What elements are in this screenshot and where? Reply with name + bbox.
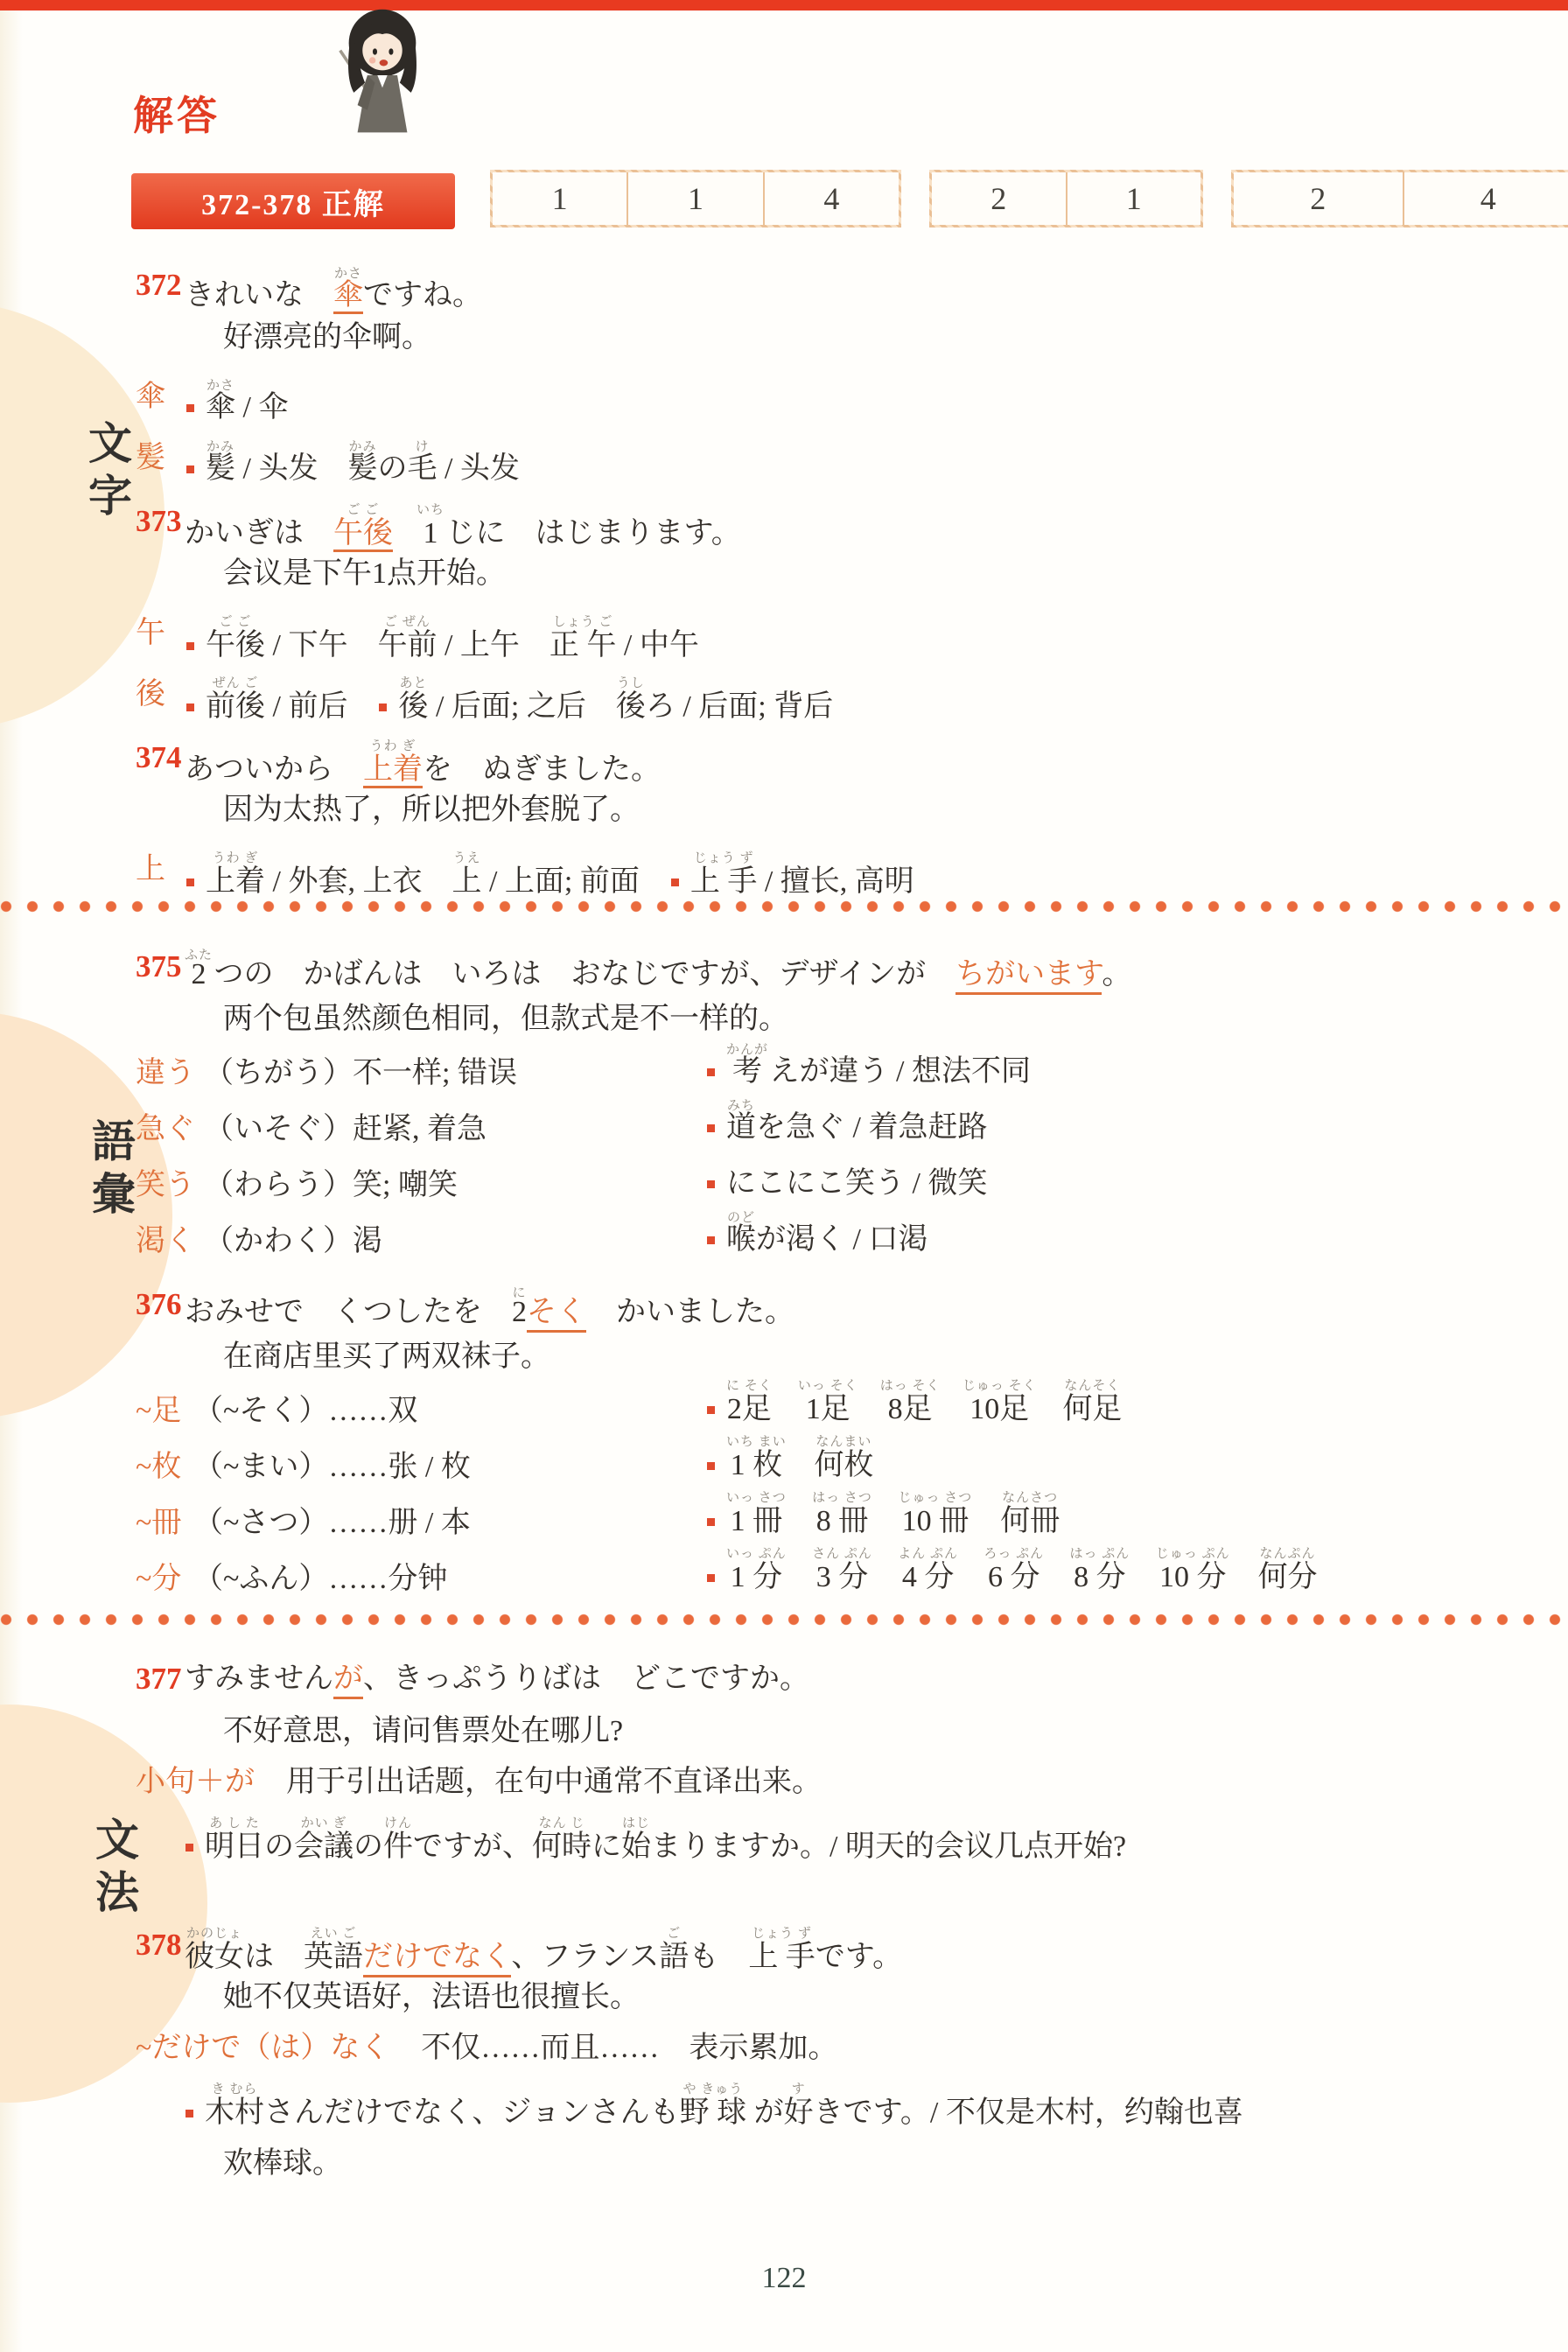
bullet-dot — [707, 1462, 715, 1470]
translation-text: 因为太热了，所以把外套脱了。 — [136, 780, 1568, 830]
vocab-keyword: 笑う — [136, 1167, 195, 1207]
grammar-row: ~だけで（は）なく不仅……而且…… 表示累加。 — [136, 2018, 1568, 2074]
vocab-reading-meaning: （わらう）笑; 嘲笑 — [204, 1167, 458, 1207]
text-run — [871, 1561, 900, 1593]
furigana: しょう ご — [549, 615, 616, 629]
text-run: の — [353, 1830, 383, 1863]
ruby-word: 10 冊じゅっ さつ — [900, 1505, 971, 1537]
furigana: じゅっ さつ — [899, 1491, 973, 1505]
bullet-dot — [707, 1068, 715, 1076]
ruby-word: 4 分よん ぷん — [900, 1561, 956, 1593]
bullet-dot — [186, 465, 194, 473]
question-number: 372 — [136, 267, 185, 307]
furigana: に — [512, 1286, 527, 1300]
question-row: 377すみませんが、きっぷうりばは どこですか。 — [136, 1638, 1568, 1701]
ruby-word: 明日あ し た — [205, 1830, 264, 1863]
translation-text: 不好意思，请问售票处在哪儿? — [136, 1701, 1568, 1752]
bullet-dot — [186, 404, 194, 412]
text-run: が渇く / 口渇 — [756, 1223, 927, 1256]
grammar-pattern: 小句＋が — [136, 1764, 255, 1808]
text-run: おみせで くつしたを — [185, 1296, 512, 1328]
vocab-keyword: ~枚 — [136, 1449, 185, 1489]
grammar-pattern: ~だけで（は）なく — [136, 2030, 389, 2074]
furigana: かい ぎ — [294, 1816, 353, 1830]
answer-box-group: 24 — [1231, 170, 1568, 227]
vocab-row: ~分（~ふん）……分钟1 分いっ ぷん 3 分さん ぷん 4 分よん ぷん 6 … — [136, 1545, 1568, 1601]
rich-text: 1 分いっ ぷん 3 分さん ぷん 4 分よん ぷん 6 分ろっ ぷん 8 分は… — [705, 1547, 1318, 1596]
answer-cell: 2 — [1234, 172, 1404, 225]
furigana: かみ — [347, 440, 377, 454]
text-run: さんだけでなく、ジョンさんも — [264, 2096, 680, 2129]
text-run — [1228, 1561, 1258, 1593]
section-bunpo: 377すみませんが、きっぷうりばは どこですか。不好意思，请问售票处在哪儿?小句… — [136, 1638, 1568, 2186]
furigana: のど — [726, 1211, 756, 1225]
question-number: 377 — [136, 1661, 185, 1701]
answer-cell: 1 — [493, 172, 628, 225]
text-run: 用于引出话题，在句中通常不直译出来。 — [286, 1766, 822, 1798]
text-run: すみません — [185, 1662, 333, 1695]
translation-text: 两个包虽然颜色相同，但款式是不一样的。 — [136, 989, 1568, 1039]
ruby-word: 始はじ — [621, 1830, 651, 1863]
text-run — [784, 1505, 814, 1537]
translation-text: 好漂亮的伞啊。 — [136, 307, 1568, 358]
ruby-word: 考かんが — [726, 1055, 762, 1088]
furigana: はっ ぷん — [1070, 1547, 1130, 1561]
ruby-word: 2ふた — [185, 958, 206, 990]
dotted-separator — [0, 899, 1568, 913]
text-run — [970, 1505, 1000, 1537]
bullet-dot — [186, 642, 194, 650]
vocab-row: 違う（ちがう）不一样; 错误考かんが えが違う / 想法不同 — [136, 1039, 1568, 1095]
ruby-word: 道みち — [726, 1111, 756, 1144]
vocab-row: ~足（~そく）……双2足に そく 1足いっ そく 8足はっ そく 10足じゅっ … — [136, 1377, 1568, 1433]
section-goi: 3752ふた つの かばんは いろは おなじですが、デザインが ちがいます。两个… — [136, 926, 1568, 1601]
answer-box-group: 21 — [929, 170, 1203, 227]
text-run: を急ぐ / 着急赶路 — [756, 1111, 987, 1144]
text-run: きです。/ 不仅是木村，约翰也喜 — [814, 2096, 1243, 2129]
sidebar-tab-moji: 文字 — [75, 420, 138, 525]
text-run: / 上面; 前面 — [481, 865, 668, 898]
vocab-reading-meaning: （ちがう）不一样; 错误 — [204, 1055, 517, 1095]
vocab-row: ~枚（~まい）……张 / 枚1 枚いち まい 何枚なんまい — [136, 1433, 1568, 1489]
rich-text: すみませんが、きっぷうりばは どこですか。 — [185, 1661, 809, 1701]
answer-key-badge: 372-378 正解 — [131, 173, 455, 229]
furigana: ご — [659, 1927, 689, 1941]
furigana: いっ そく — [798, 1379, 858, 1393]
furigana: す — [784, 2082, 814, 2096]
furigana: ぜん ご — [206, 676, 265, 690]
answer-cell: 1 — [628, 172, 764, 225]
furigana: ろっ ぷん — [983, 1547, 1044, 1561]
text-run — [956, 1561, 986, 1593]
vocab-reading-meaning: （~さつ）……册 / 本 — [193, 1505, 471, 1545]
text-run: 不仅……而且…… 表示累加。 — [421, 2032, 837, 2064]
text-run: つの かばんは いろは おなじですが、デザインが — [206, 958, 955, 990]
dotted-separator — [0, 1613, 1568, 1627]
text-run — [936, 1393, 966, 1425]
rich-text: 明日あ し たの会議かい ぎの件けんですが、何時なん じに始はじまりますか。/ … — [184, 1830, 1126, 1863]
furigana: じょう ず — [748, 1927, 815, 1941]
grammar-row: 小句＋が用于引出话题，在句中通常不直译出来。 — [136, 1752, 1568, 1808]
answer-boxes-row: 1142124 — [490, 170, 1568, 231]
vocab-reading-meaning: （~そく）……双 — [193, 1393, 417, 1433]
furigana: けん — [383, 1816, 413, 1830]
translation-text: 在商店里买了两双袜子。 — [136, 1326, 1568, 1377]
rich-text: 髪かみ / 头发 髪かみの毛け / 头发 — [185, 440, 520, 480]
furigana: かんが — [726, 1043, 768, 1057]
vocab-keyword: 急ぐ — [136, 1111, 195, 1151]
furigana: や きゅう — [680, 2082, 746, 2096]
ruby-word: 8 冊はっ さつ — [814, 1505, 870, 1537]
furigana: かさ — [333, 267, 363, 281]
ruby-word: 何分なんぷん — [1258, 1561, 1318, 1593]
ruby-word: 何足なんそく — [1062, 1393, 1122, 1425]
bullet-dot — [707, 1406, 715, 1414]
bullet-dot — [707, 1236, 715, 1244]
bullet-dot — [379, 703, 387, 711]
furigana: ご ぜん — [377, 615, 437, 629]
vocab-keyword: ~冊 — [136, 1505, 185, 1545]
answer-cell: 4 — [765, 172, 899, 225]
section-moji: 372きれいな 傘かさですね。好漂亮的伞啊。傘傘かさ / 伞髪髪かみ / 头发 … — [136, 244, 1568, 892]
rich-text: おみせで くつしたを 2にそく かいました。 — [185, 1286, 794, 1326]
ruby-word: 会議かい ぎ — [294, 1830, 353, 1863]
furigana: えい ご — [304, 1927, 363, 1941]
rich-text: かいぎは 午後ご ご 1いち じに はじまります。 — [185, 503, 741, 543]
spacer — [136, 1869, 1568, 1904]
furigana: うわ ぎ — [206, 851, 265, 865]
text-run: 。 — [1102, 958, 1131, 990]
keyword-label: 後 — [136, 676, 185, 717]
furigana: あと — [398, 676, 428, 690]
page-number: 122 — [0, 2262, 1568, 2295]
furigana: き むら — [205, 2082, 264, 2096]
ruby-word: 1足いっ そく — [801, 1393, 854, 1425]
answer-cell: 1 — [1067, 172, 1201, 225]
ruby-word: 件けん — [383, 1830, 413, 1863]
furigana: ふた — [185, 948, 213, 962]
question-number: 374 — [136, 739, 185, 780]
bullet-dot — [707, 1518, 715, 1526]
keyword-label: 上 — [136, 851, 185, 892]
rich-text: にこにこ笑う / 微笑 — [705, 1165, 987, 1202]
furigana: かみ — [206, 440, 235, 454]
ruby-word: 野 球や きゅう — [680, 2096, 747, 2129]
furigana: なん じ — [532, 1816, 591, 1830]
keyword-row: 後前後ぜん ご / 前后 後あと / 后面; 之后 後うしろ / 后面; 背后 — [136, 655, 1568, 717]
furigana: ご ご — [333, 503, 393, 517]
furigana: かさ — [206, 379, 235, 393]
furigana: さん ぷん — [812, 1547, 872, 1561]
ruby-word: 上着うわ ぎ — [206, 865, 265, 898]
furigana: なんまい — [814, 1435, 873, 1449]
question-row: 378彼女かのじょは 英語えい ごだけでなく、フランス語ごも 上 手じょう ずで… — [136, 1904, 1568, 1967]
furigana: じゅっ ぷん — [1156, 1547, 1230, 1561]
furigana: に そく — [726, 1379, 773, 1393]
text-run — [1032, 1393, 1062, 1425]
translation-text: 会议是下午1点开始。 — [136, 543, 1568, 594]
keyword-row: 上上着うわ ぎ / 外套, 上衣 上うえ / 上面; 前面 上 手じょう ず /… — [136, 830, 1568, 892]
teacher-girl-illustration — [320, 5, 444, 145]
ruby-word: 8足はっ そく — [884, 1393, 936, 1425]
furigana: いっ ぷん — [726, 1547, 787, 1561]
answer-cell: 2 — [932, 172, 1067, 225]
vocab-reading-meaning: （かわく）渇 — [204, 1223, 382, 1263]
text-run — [1128, 1561, 1158, 1593]
rich-text: 1 枚いち まい 何枚なんまい — [705, 1435, 873, 1484]
furigana: かのじょ — [185, 1927, 244, 1941]
ruby-word: 何時なん じ — [532, 1830, 591, 1863]
rich-text: 喉のどが渇く / 口渇 — [705, 1211, 927, 1258]
furigana: よん ぷん — [898, 1547, 958, 1561]
text-run: / 擅长, 高明 — [757, 865, 913, 898]
text-run: ですが、 — [413, 1830, 532, 1863]
furigana: いち まい — [726, 1435, 787, 1449]
bullet-dot — [707, 1574, 715, 1582]
example-row: 明日あ し たの会議かい ぎの件けんですが、何時なん じに始はじまりますか。/ … — [136, 1808, 1568, 1869]
ruby-word: 1 冊いっ さつ — [726, 1505, 784, 1537]
page-title: 解答 — [133, 84, 220, 142]
bullet-dot — [186, 878, 194, 886]
vocab-keyword: 違う — [136, 1055, 195, 1095]
bullet-dot — [707, 1124, 715, 1132]
ruby-word: 何冊なんさつ — [1000, 1505, 1060, 1537]
rich-text: 傘かさ / 伞 — [185, 379, 288, 419]
ruby-word: 上うえ — [451, 865, 481, 898]
vocab-reading-meaning: （いそぐ）赶紧, 着急 — [204, 1111, 486, 1151]
ruby-word: 何枚なんまい — [814, 1449, 873, 1481]
text-run: が — [746, 2096, 784, 2129]
ruby-word: 6 分ろっ ぷん — [986, 1561, 1042, 1593]
answer-box-group: 114 — [490, 170, 901, 227]
rich-text: 2足に そく 1足いっ そく 8足はっ そく 10足じゅっ そく 何足なんそく — [705, 1379, 1123, 1428]
vocab-keyword: ~分 — [136, 1561, 185, 1601]
ruby-word: 好す — [784, 2096, 814, 2129]
question-number: 375 — [136, 948, 185, 989]
furigana: みち — [726, 1099, 756, 1113]
translation-text: 她不仅英语好，法语也很擅长。 — [136, 1967, 1568, 2018]
answer-cell: 4 — [1404, 172, 1568, 225]
continuation-text: 欢棒球。 — [136, 2135, 1568, 2186]
furigana: いち — [416, 503, 444, 517]
page-top-red-bar — [0, 0, 1568, 10]
furigana: なんぷん — [1258, 1547, 1318, 1561]
furigana: じゅっ そく — [962, 1379, 1037, 1393]
rich-text: 午後ご ご / 下午 午前ご ぜん / 上午 正 午しょう ご / 中午 — [185, 615, 699, 655]
rich-text: 1 冊いっ さつ 8 冊はっ さつ 10 冊じゅっ さつ 何冊なんさつ — [705, 1491, 1060, 1540]
ruby-word: 2足に そく — [726, 1393, 772, 1425]
ruby-word: 10 分じゅっ ぷん — [1158, 1561, 1228, 1593]
question-row: 373かいぎは 午後ご ご 1いち じに はじまります。 — [136, 480, 1568, 543]
rich-text: 道みちを急ぐ / 着急赶路 — [705, 1099, 987, 1146]
bullet-dot — [185, 1844, 193, 1851]
question-number: 373 — [136, 503, 185, 543]
furigana: け — [407, 440, 437, 454]
vocab-reading-meaning: （~まい）……张 / 枚 — [193, 1449, 471, 1489]
vocab-row: 渇く（かわく）渇喉のどが渇く / 口渇 — [136, 1207, 1568, 1263]
bullet-dot — [186, 703, 194, 711]
question-row: 3752ふた つの かばんは いろは おなじですが、デザインが ちがいます。 — [136, 926, 1568, 989]
bullet-dot — [185, 2110, 193, 2117]
furigana: ご ご — [206, 615, 265, 629]
text-run: の — [264, 1830, 294, 1863]
keyword-row: 傘傘かさ / 伞 — [136, 358, 1568, 419]
ruby-word: 2に — [512, 1296, 527, 1328]
answer-word: が — [333, 1662, 363, 1699]
rich-text: 上着うわ ぎ / 外套, 上衣 上うえ / 上面; 前面 上 手じょう ず / … — [185, 851, 914, 892]
rich-text: 用于引出话题，在句中通常不直译出来。 — [286, 1764, 822, 1808]
text-run — [784, 1561, 814, 1593]
keyword-row: 髪髪かみ / 头发 髪かみの毛け / 头发 — [136, 419, 1568, 480]
furigana: なんさつ — [1000, 1491, 1060, 1505]
question-number: 378 — [136, 1927, 185, 1967]
keyword-label: 髪 — [136, 440, 185, 480]
keyword-row: 午午後ご ご / 下午 午前ご ぜん / 上午 正 午しょう ご / 中午 — [136, 594, 1568, 655]
rich-text: 考かんが えが違う / 想法不同 — [705, 1043, 1031, 1090]
text-run: に — [591, 1830, 621, 1863]
rich-text: 木村き むらさんだけでなく、ジョンさんも野 球や きゅう が好すきです。/ 不仅… — [184, 2096, 1243, 2129]
vocab-row: 笑う（わらう）笑; 嘲笑にこにこ笑う / 微笑 — [136, 1151, 1568, 1207]
ruby-word: 8 分はっ ぷん — [1072, 1561, 1128, 1593]
ruby-word: 喉のど — [726, 1223, 756, 1256]
ruby-word: 1 枚いち まい — [726, 1449, 784, 1481]
text-run: 、きっぷうりばは どこですか。 — [363, 1662, 809, 1695]
question-row: 372きれいな 傘かさですね。 — [136, 244, 1568, 307]
bullet-dot — [671, 878, 679, 886]
furigana: いっ さつ — [726, 1491, 787, 1505]
rich-text: 彼女かのじょは 英語えい ごだけでなく、フランス語ごも 上 手じょう ずです。 — [185, 1927, 902, 1967]
text-run: かいました。 — [586, 1296, 794, 1328]
rich-text: きれいな 傘かさですね。 — [185, 267, 482, 307]
text-run — [784, 1449, 814, 1481]
question-number: 376 — [136, 1286, 185, 1326]
furigana: じょう ず — [690, 851, 757, 865]
rich-text: 不仅……而且…… 表示累加。 — [421, 2030, 837, 2074]
example-row: 木村き むらさんだけでなく、ジョンさんも野 球や きゅう が好すきです。/ 不仅… — [136, 2074, 1568, 2135]
furigana: うわ ぎ — [363, 739, 423, 753]
ruby-word: 上 手じょう ず — [690, 865, 758, 898]
question-row: 376おみせで くつしたを 2にそく かいました。 — [136, 1263, 1568, 1326]
ruby-word: 10足じゅっ そく — [966, 1393, 1032, 1425]
vocab-row: 急ぐ（いそぐ）赶紧, 着急道みちを急ぐ / 着急赶路 — [136, 1095, 1568, 1151]
furigana: はじ — [621, 1816, 651, 1830]
text-run: / 外套, 上衣 — [265, 865, 451, 898]
text-run — [871, 1505, 900, 1537]
rich-text: 2ふた つの かばんは いろは おなじですが、デザインが ちがいます。 — [185, 948, 1131, 989]
text-run — [1042, 1561, 1072, 1593]
vocab-reading-meaning: （~ふん）……分钟 — [193, 1561, 447, 1601]
text-run: にこにこ笑う / 微笑 — [726, 1167, 987, 1200]
question-row: 374あついから 上着うわ ぎを ぬぎました。 — [136, 717, 1568, 780]
bullet-dot — [707, 1180, 715, 1188]
keyword-label: 傘 — [136, 379, 185, 419]
rich-text: 前後ぜん ご / 前后 後あと / 后面; 之后 後うしろ / 后面; 背后 — [185, 676, 833, 717]
keyword-label: 午 — [136, 615, 185, 655]
furigana: うし — [616, 676, 646, 690]
ruby-word: 木村き むら — [205, 2096, 264, 2129]
text-run: えが違う / 想法不同 — [762, 1055, 1031, 1088]
furigana: はっ さつ — [812, 1491, 872, 1505]
furigana: はっ そく — [880, 1379, 941, 1393]
rich-text: あついから 上着うわ ぎを ぬぎました。 — [185, 739, 661, 780]
text-run: まりますか。/ 明天的会议几点开始? — [651, 1830, 1126, 1863]
sidebar-tab-goi: 語彙 — [79, 1118, 142, 1223]
furigana: うえ — [451, 851, 481, 865]
vocab-keyword: ~足 — [136, 1393, 185, 1433]
furigana: あ し た — [205, 1816, 264, 1830]
ruby-word: 3 分さん ぷん — [814, 1561, 870, 1593]
vocab-keyword: 渇く — [136, 1223, 195, 1263]
vocab-row: ~冊（~さつ）……册 / 本1 冊いっ さつ 8 冊はっ さつ 10 冊じゅっ … — [136, 1489, 1568, 1545]
ruby-word: 1 分いっ ぷん — [726, 1561, 784, 1593]
furigana: なんそく — [1062, 1379, 1122, 1393]
